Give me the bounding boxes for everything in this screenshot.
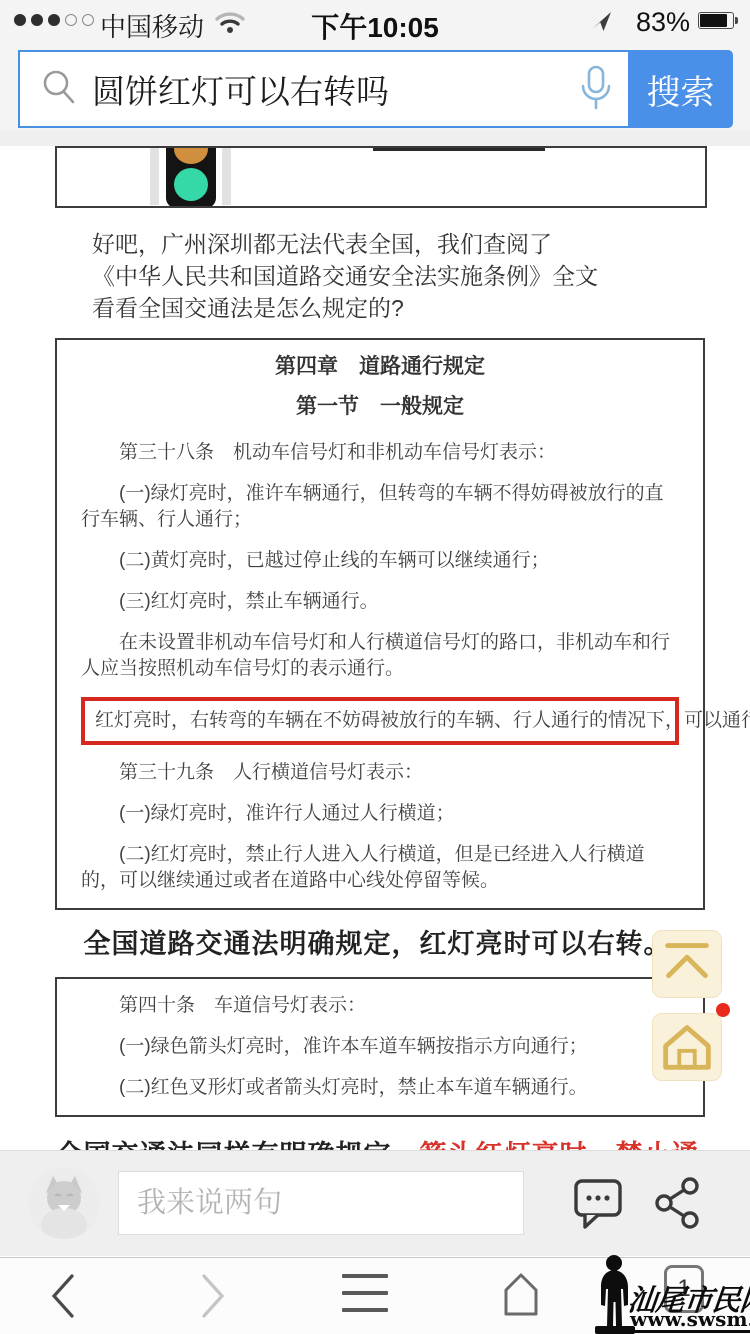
traffic-light-icon <box>166 146 216 208</box>
phone-screen: 中国移动 下午10:05 83% <box>0 0 750 1334</box>
notification-dot <box>716 1003 730 1017</box>
chapter-title: 第四章 道路通行规定 <box>81 354 679 380</box>
divider <box>0 131 750 146</box>
tab-count-button[interactable]: 1 <box>664 1265 704 1313</box>
location-arrow-icon <box>590 10 612 37</box>
law-paragraph: (二)黄灯亮时，已越过停止线的车辆可以继续通行； <box>81 548 679 574</box>
law-paragraph: 第三十八条 机动车信号灯和非机动车信号灯表示： <box>81 440 679 466</box>
article-content: 好吧，广州深圳都无法代表全国，我们查阅了 《中华人民共和国道路交通安全法实施条例… <box>0 131 750 1171</box>
traffic-light-pole <box>150 148 159 205</box>
comment-input[interactable] <box>118 1171 524 1235</box>
law-paragraph: (二)红色叉形灯或者箭头灯亮时，禁止本车道车辆通行。 <box>81 1075 679 1101</box>
comments-icon[interactable] <box>572 1177 624 1234</box>
battery-icon <box>698 12 734 29</box>
image-frame-fragment <box>373 148 545 151</box>
law-paragraph: (二)红灯亮时，禁止行人进入人行横道，但是已经进入人行横道的，可以继续通过或者在… <box>81 842 679 894</box>
user-avatar[interactable] <box>28 1167 100 1239</box>
highlighted-law-clause: 红灯亮时，右转弯的车辆在不妨碍被放行的车辆、行人通行的情况下，可以通行。 <box>81 697 679 745</box>
menu-icon[interactable] <box>342 1274 388 1325</box>
search-bar: 搜索 <box>18 50 733 128</box>
comment-bar <box>0 1150 750 1256</box>
law-paragraph: (三)红灯亮时，禁止车辆通行。 <box>81 589 679 615</box>
law-box-article40: 第四十条 车道信号灯表示： (一)绿色箭头灯亮时，准许本车道车辆按指示方向通行；… <box>55 977 705 1117</box>
share-icon[interactable] <box>652 1175 704 1234</box>
traffic-light-image <box>55 146 707 208</box>
back-to-top-button[interactable] <box>652 930 722 998</box>
conclusion-1: 全国道路交通法明确规定，红灯亮时可以右转。 <box>55 922 700 961</box>
search-input[interactable] <box>92 70 570 108</box>
header: 中国移动 下午10:05 83% <box>0 0 750 131</box>
microphone-icon[interactable] <box>570 64 622 115</box>
float-home-button[interactable] <box>652 1013 722 1081</box>
home-button[interactable] <box>498 1268 544 1323</box>
search-icon <box>40 68 78 111</box>
back-button[interactable] <box>48 1272 78 1323</box>
law-paragraph: 第三十九条 人行横道信号灯表示： <box>81 760 679 786</box>
intro-paragraph: 好吧，广州深圳都无法代表全国，我们查阅了 《中华人民共和国道路交通安全法实施条例… <box>92 228 690 324</box>
law-paragraph: (一)绿灯亮时，准许行人通过人行横道； <box>81 801 679 827</box>
law-paragraph: 在未设置非机动车信号灯和人行横道信号灯的路口，非机动车和行人应当按照机动车信号灯… <box>81 630 679 682</box>
law-paragraph: 第四十条 车道信号灯表示： <box>81 993 679 1019</box>
law-box-chapter4: 第四章 道路通行规定 第一节 一般规定 第三十八条 机动车信号灯和非机动车信号灯… <box>55 338 705 910</box>
battery-percent: 83% <box>636 7 690 38</box>
search-button[interactable]: 搜索 <box>628 50 733 128</box>
traffic-light-pole <box>222 148 231 205</box>
browser-toolbar: 1 汕尾市民网 www.swsm.net <box>0 1257 750 1334</box>
status-bar: 中国移动 下午10:05 83% <box>0 0 750 42</box>
person-silhouette-icon <box>594 1254 636 1334</box>
forward-button[interactable] <box>198 1272 228 1323</box>
law-paragraph: (一)绿色箭头灯亮时，准许本车道车辆按指示方向通行； <box>81 1034 679 1060</box>
law-paragraph: (一)绿灯亮时，准许车辆通行，但转弯的车辆不得妨碍被放行的直行车辆、行人通行； <box>81 481 679 533</box>
section-title: 第一节 一般规定 <box>81 394 679 420</box>
